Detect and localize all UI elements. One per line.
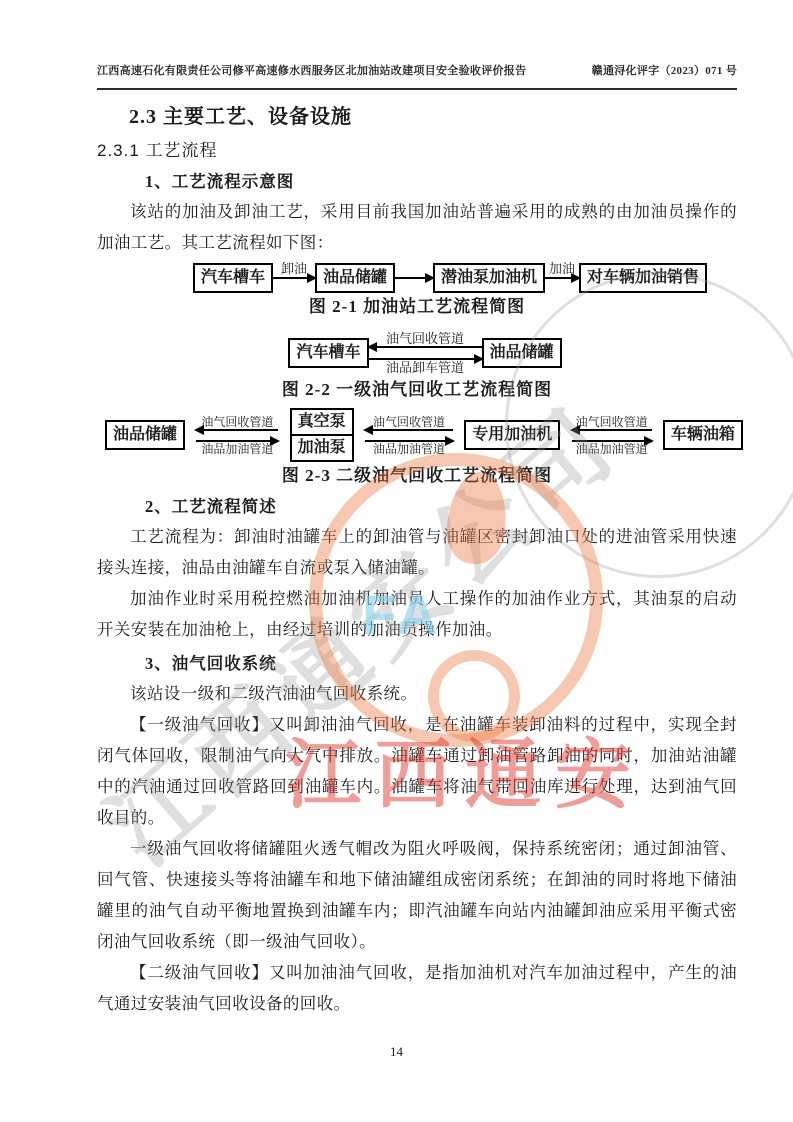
list-heading-2: 2、工艺流程简述 [145,496,737,518]
flow-box-vehicle-fuel-tank: 车辆油箱 [663,420,743,450]
dual-arrow: 油气回收管道 油品加油管道 [196,415,278,456]
caption-figure-2-2: 图 2-2 一级油气回收工艺流程简图 [97,379,737,401]
arrow-left [365,429,453,431]
paragraph-process-desc-2: 加油作业时采用税控燃油加油机加油员人工操作的加油作业方式，其油泵的启动开关安装在… [97,583,737,645]
diagram-2-2: 汽车槽车 油气回收管道 油品卸车管道 油品储罐 [105,331,745,375]
paragraph-intro: 该站的加油及卸油工艺，采用目前我国加油站普遍采用的成熟的由加油员操作的加油工艺。… [97,196,737,258]
caption-figure-2-3: 图 2-3 二级油气回收工艺流程简图 [97,465,737,487]
flow-box-storage-tank: 油品储罐 [482,338,562,368]
paragraph-stage2-recovery: 【二级油气回收】又叫加油油气回收，是指加油机对汽车加油过程中，产生的油气通过安装… [97,957,737,1019]
arrow-label-refuel: 加油 [549,262,575,276]
pipe-label-vapor-recovery: 油气回收管道 [196,415,278,429]
flow-box-storage-tank: 油品储罐 [315,263,395,293]
header-report-title: 江西高速石化有限责任公司修平高速修水西服务区北加油站改建项目安全验收评价报告 [97,64,526,78]
list-heading-1: 1、工艺流程示意图 [145,171,737,193]
arrow-right [196,440,278,442]
pipe-label-fueling: 油品加油管道 [196,442,278,456]
flow-box-vacuum-pump: 真空泵 加油泵 [290,408,354,462]
flow-box-storage-tank: 油品储罐 [105,420,185,450]
diagram-2-3: 油品储罐 油气回收管道 油品加油管道 真空泵 加油泵 油气回收管道 油品加油管道… [105,408,743,462]
flow-box-vehicle-sales: 对车辆加油销售 [579,263,707,293]
page-number: 14 [0,1044,793,1060]
arrow-left [369,346,482,348]
paragraph-stage1-recovery: 【一级油气回收】又叫卸油油气回收，是在油罐车装卸油料的过程中，实现全封闭气体回收… [97,709,737,833]
pipe-label-vapor-recovery: 油气回收管道 [369,331,482,346]
vacuum-pump-line: 真空泵 [292,410,352,436]
flow-box-tanker-truck: 汽车槽车 [288,338,368,368]
dual-arrow: 油气回收管道 油品卸车管道 [369,331,482,375]
pipe-label-fueling: 油品加油管道 [572,442,652,456]
paragraph-stage1-detail: 一级油气回收将储罐阻火透气帽改为阻火呼吸阀，保持系统密闭；通过卸油管、回气管、快… [97,833,737,957]
list-heading-3: 3、油气回收系统 [145,653,737,675]
arrow-right [369,358,482,360]
caption-figure-2-1: 图 2-1 加油站工艺流程简图 [97,296,737,318]
diagram-2-1: 汽车槽车 卸油 油品储罐 潜油泵加油机 加油 对车辆加油销售 [130,263,770,293]
arrow-left [572,429,652,431]
dual-arrow: 油气回收管道 油品加油管道 [365,415,453,456]
report-page: 江西高速石化有限责任公司修平高速修水西服务区北加油站改建项目安全验收评价报告 赣… [0,0,793,1122]
paragraph-process-desc-1: 工艺流程为：卸油时油罐车上的卸油管与油罐区密封卸油口处的进油管采用快速接头连接，… [97,521,737,583]
arrow-refuel: 加油 [545,277,579,279]
pipe-label-fueling: 油品加油管道 [365,442,453,456]
arrow-right [365,440,453,442]
flow-box-pump-dispenser: 潜油泵加油机 [433,263,545,293]
section-title: 2.3 主要工艺、设备设施 [129,104,737,130]
header-doc-number: 赣通浔化评字（2023）071 号 [592,64,737,78]
pipe-label-unloading: 油品卸车管道 [369,360,482,375]
pipe-label-vapor-recovery: 油气回收管道 [572,415,652,429]
paragraph-recovery-intro: 该站设一级和二级汽油油气回收系统。 [97,678,737,709]
dual-arrow: 油气回收管道 油品加油管道 [572,415,652,456]
arrow-left [196,429,278,431]
flow-box-tanker-truck: 汽车槽车 [193,263,273,293]
arrow-right [572,440,652,442]
subsection-title: 2.3.1 工艺流程 [97,140,737,162]
flow-box-dedicated-dispenser: 专用加油机 [464,420,560,450]
arrow-label-unload: 卸油 [281,262,307,276]
arrow-plain [395,277,433,279]
pipe-label-vapor-recovery: 油气回收管道 [365,415,453,429]
arrow-unload: 卸油 [273,277,315,279]
fuel-pump-line: 加油泵 [292,436,352,460]
page-header: 江西高速石化有限责任公司修平高速修水西服务区北加油站改建项目安全验收评价报告 赣… [97,64,737,90]
